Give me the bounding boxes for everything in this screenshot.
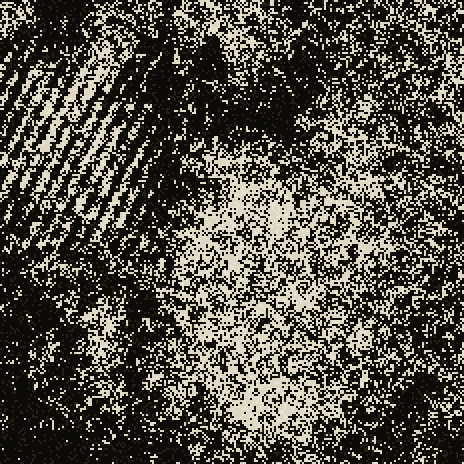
halftone-print-image bbox=[0, 0, 464, 464]
halftone-texture-canvas bbox=[0, 0, 464, 464]
